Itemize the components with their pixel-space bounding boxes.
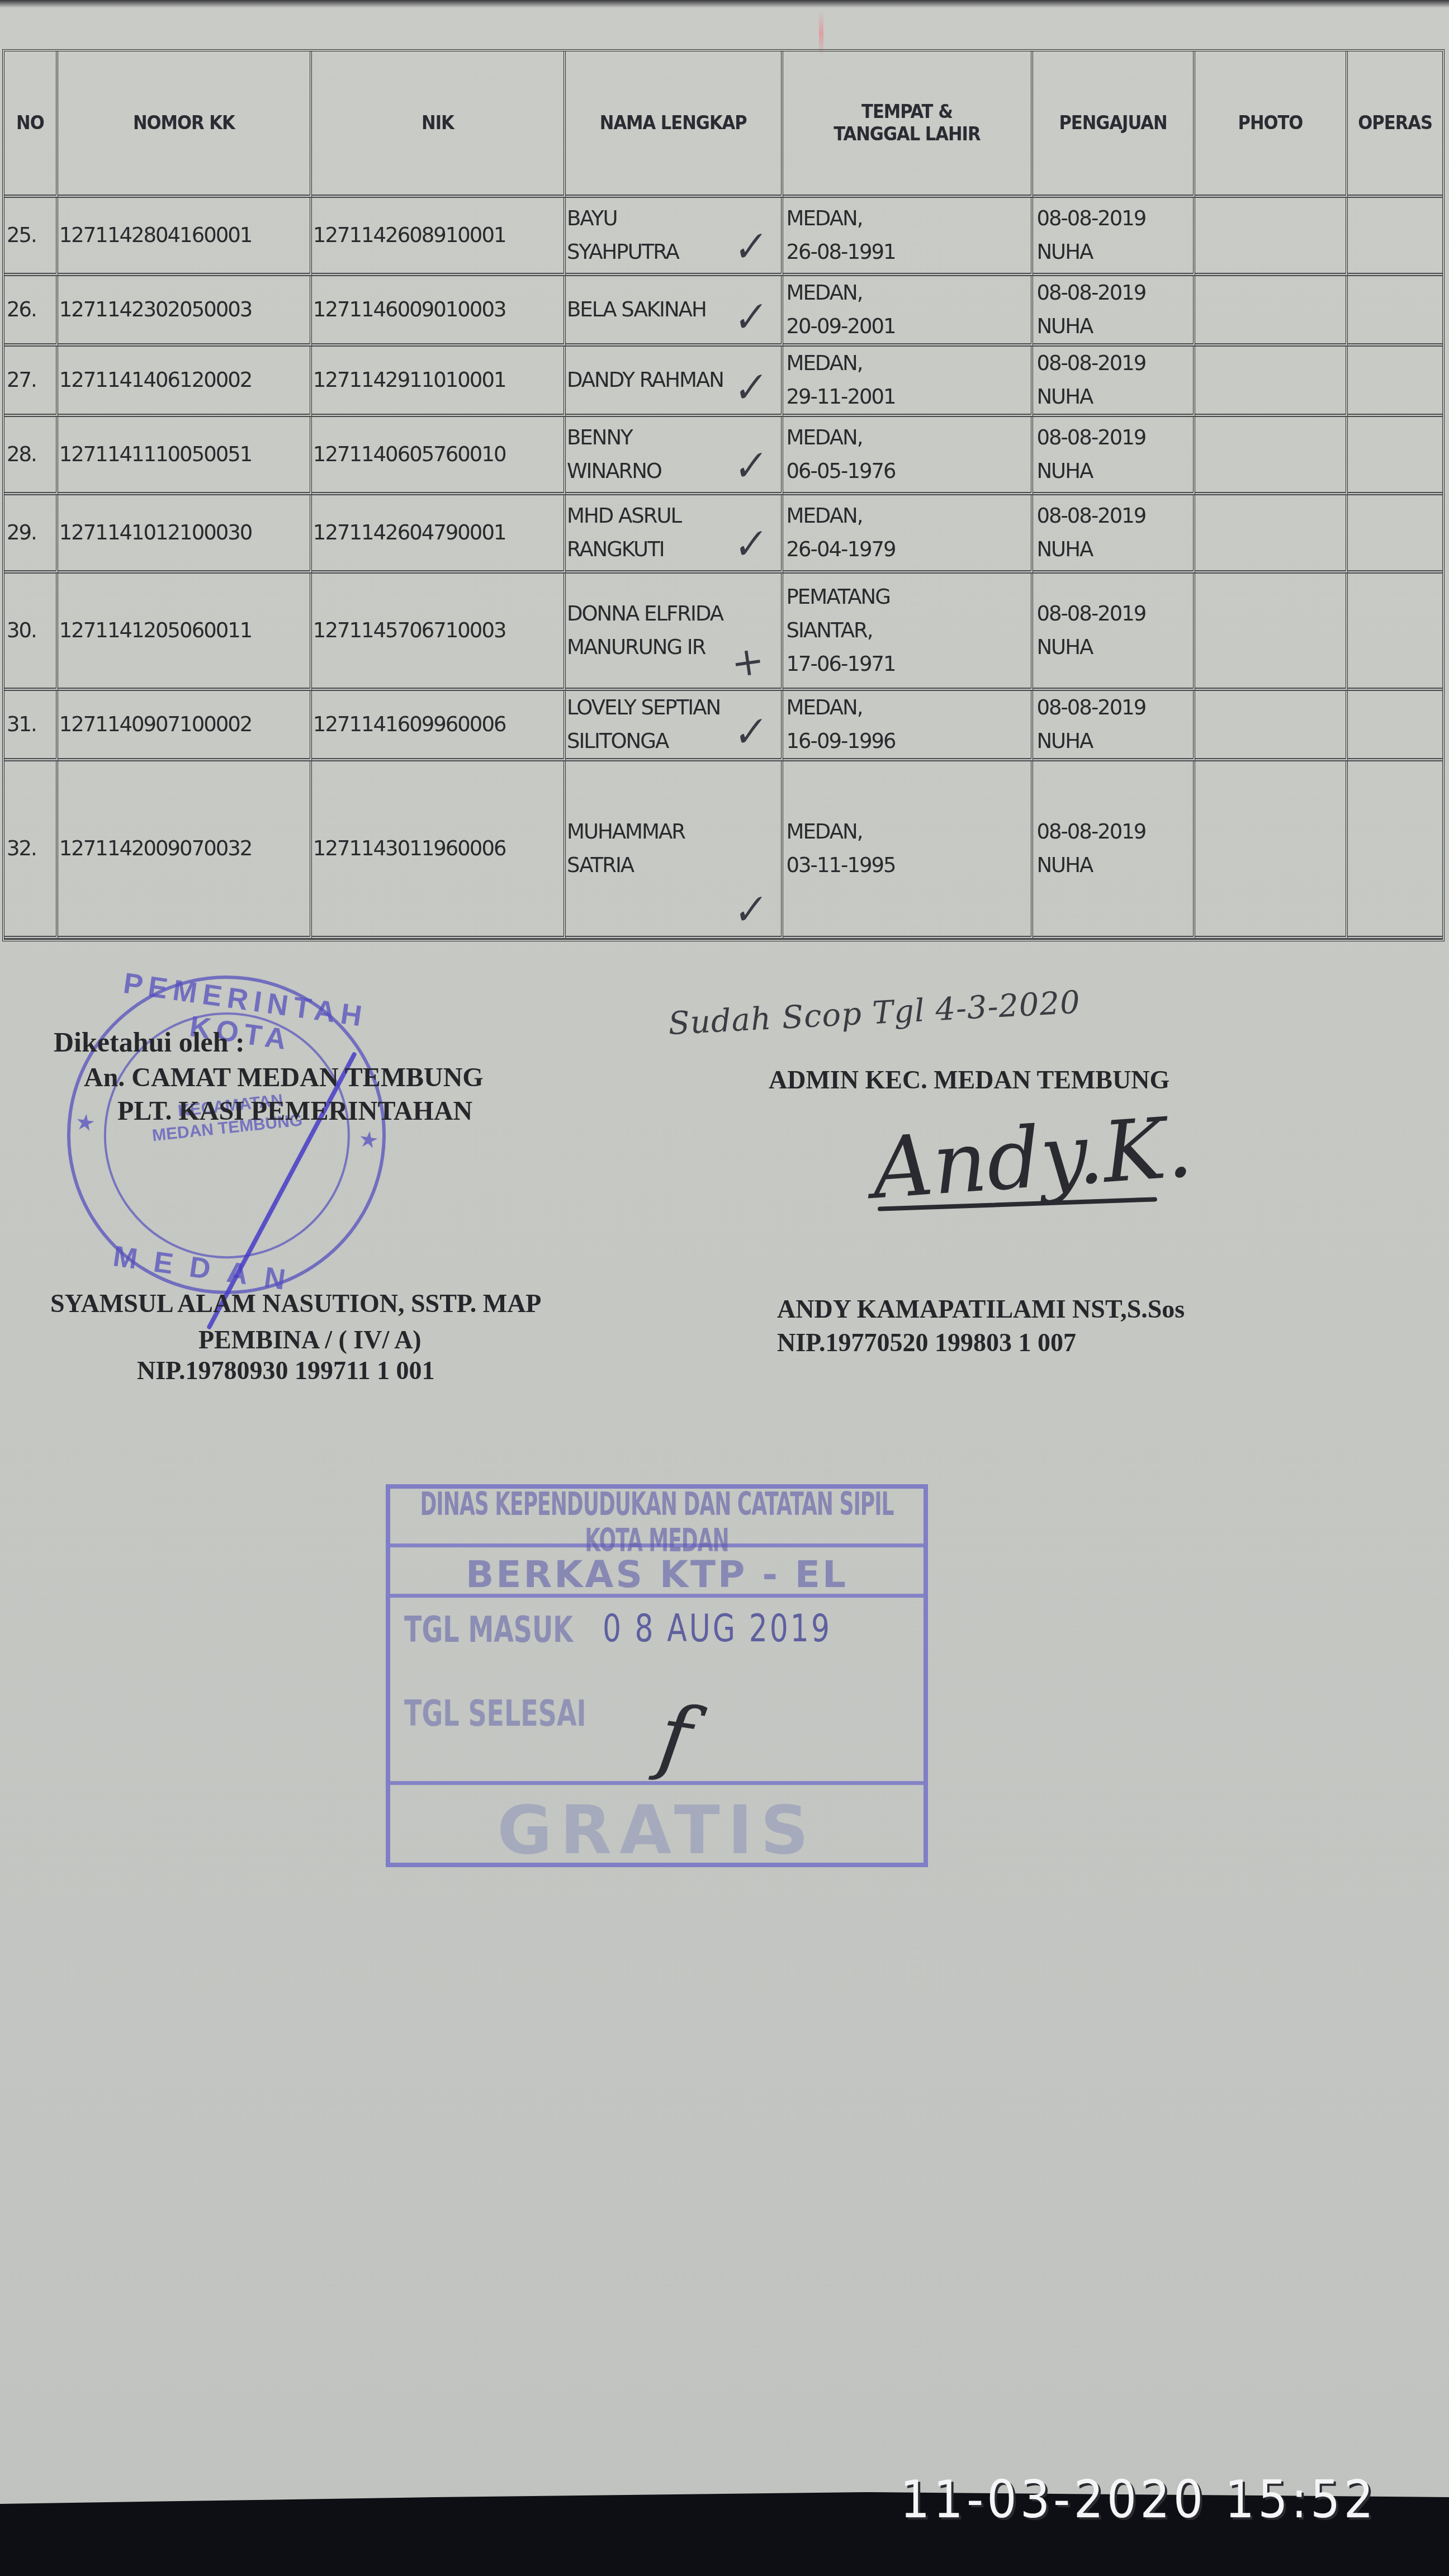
tanggal-lahir: 26-04-1979 [787,537,896,561]
header-pengajuan: PENGAJUAN [1033,51,1195,198]
cell-operasi [1348,691,1442,761]
cell-no: 29. [4,495,58,574]
checkmark-icon: ✓ [729,447,766,485]
stamp-selesai-label: TGL SELESAI [404,1692,586,1735]
left-signatory-rank: PEMBINA / ( IV/ A) [198,1325,422,1355]
nama-line2: SYAHPUTRA [567,240,679,264]
cell-no: 31. [4,691,58,761]
cell-pengajuan: 08-08-2019 NUHA [1033,691,1195,761]
stamp-title: BERKAS KTP - EL [390,1553,924,1596]
known-by-label: Diketahui oleh : [54,1026,245,1058]
nama-line1: LOVELY SEPTIAN [567,695,720,719]
star-icon: ★ [73,1109,97,1137]
cell-no: 32. [4,761,58,939]
cell-nik: 1271143011960006 [312,761,566,939]
cell-operasi [1348,761,1442,939]
pengajuan-tanggal: 08-08-2019 [1036,602,1145,626]
cell-no: 28. [4,417,58,495]
table-row: 26. 1271142302050003 1271146009010003 BE… [4,276,1442,347]
right-signatory-name: ANDY KAMAPATILAMI NST,S.Sos [777,1294,1185,1324]
cell-nama-lengkap: MHD ASRUL RANGKUTI ✓ [566,495,783,574]
checkmark-icon: ✓ [729,299,766,337]
checkmark-icon: ✓ [729,525,766,563]
nama-line2: WINARNO [567,459,661,483]
pengajuan-tanggal: 08-08-2019 [1036,695,1145,719]
pengajuan-oleh: NUHA [1036,537,1092,561]
cell-photo [1195,417,1348,495]
cell-pengajuan: 08-08-2019 NUHA [1033,761,1195,939]
header-nomor-kk: NOMOR KK [58,51,312,198]
round-official-stamp: PEMERINTAH KOTA MEDAN KECAMATAN MEDAN TE… [46,955,406,1315]
checkmark-icon: ✓ [729,369,766,407]
cell-pengajuan: 08-08-2019 NUHA [1033,574,1195,691]
nama-line2: SILITONGA [567,729,668,753]
ktp-register-table: NO NOMOR KK NIK NAMA LENGKAP TEMPAT & TA… [2,49,1445,941]
tanggal-lahir: 16-09-1996 [787,729,896,753]
cell-pengajuan: 08-08-2019 NUHA [1033,198,1195,276]
pengajuan-tanggal: 08-08-2019 [1036,206,1145,230]
nama-line1: BELA SAKINAH [567,297,706,321]
cell-nik: 1271142911010001 [312,347,566,417]
left-signatory-position: PLT. KASI PEMERINTAHAN [117,1096,472,1126]
checkmark-icon: ✓ [729,228,766,266]
cell-nomor-kk: 1271141012100030 [58,495,312,574]
cell-photo [1195,198,1348,276]
tempat-lahir: MEDAN, [787,820,863,844]
tempat-lahir: MEDAN, [787,425,863,449]
cell-nomor-kk: 1271142009070032 [58,761,312,939]
cell-operasi [1348,198,1442,276]
tempat-lahir: MEDAN, [787,206,863,230]
header-ttl-line2: TANGGAL LAHIR [834,123,980,145]
cell-operasi [1348,417,1442,495]
cell-nomor-kk: 1271141110050051 [58,417,312,495]
table-row: 30. 1271141205060011 1271145706710003 DO… [4,574,1442,691]
pengajuan-oleh: NUHA [1036,385,1092,409]
cell-operasi [1348,347,1442,417]
tanggal-lahir: 20-09-2001 [787,314,896,338]
cell-tempat-tanggal-lahir: MEDAN, 26-04-1979 [783,495,1034,574]
cell-no: 25. [4,198,58,276]
pengajuan-tanggal: 08-08-2019 [1036,425,1145,449]
cell-tempat-tanggal-lahir: MEDAN, 20-09-2001 [783,276,1034,347]
cell-photo [1195,276,1348,347]
pengajuan-oleh: NUHA [1036,240,1092,264]
cell-nik: 1271142608910001 [312,198,566,276]
cell-photo [1195,691,1348,761]
cell-tempat-tanggal-lahir: MEDAN, 16-09-1996 [783,691,1034,761]
cell-tempat-tanggal-lahir: PEMATANG SIANTAR, 17-06-1971 [783,574,1034,691]
cell-photo [1195,495,1348,574]
cell-nomor-kk: 1271140907100002 [58,691,312,761]
header-ttl-line1: TEMPAT & [861,101,953,123]
table-row: 25. 1271142804160001 1271142608910001 BA… [4,198,1442,276]
cell-nik: 1271142604790001 [312,495,566,574]
header-nik: NIK [312,51,566,198]
right-signatory-title: ADMIN KEC. MEDAN TEMBUNG [769,1065,1169,1095]
pengajuan-oleh: NUHA [1036,729,1092,753]
table-row: 31. 1271140907100002 1271141609960006 LO… [4,691,1442,761]
cell-photo [1195,761,1348,939]
cell-nik: 1271141609960006 [312,691,566,761]
cell-nomor-kk: 1271142302050003 [58,276,312,347]
nama-line2: SATRIA [567,853,633,877]
pengajuan-tanggal: 08-08-2019 [1036,504,1145,528]
cell-nama-lengkap: DANDY RAHMAN ✓ [566,347,783,417]
cell-photo [1195,347,1348,417]
table-header-row: NO NOMOR KK NIK NAMA LENGKAP TEMPAT & TA… [4,51,1442,198]
right-signatory-nip: NIP.19770520 199803 1 007 [777,1328,1076,1357]
header-nama-lengkap: NAMA LENGKAP [566,51,783,198]
stamp-row-department: DINAS KEPENDUDUKAN DAN CATATAN SIPIL KOT… [390,1489,924,1547]
pengajuan-oleh: NUHA [1036,853,1092,877]
pengajuan-tanggal: 08-08-2019 [1036,281,1145,305]
nama-line1: BENNY [567,425,632,449]
header-operasi: OPERAS [1348,51,1442,198]
cell-photo [1195,574,1348,691]
cell-nama-lengkap: BENNY WINARNO ✓ [566,417,783,495]
cell-pengajuan: 08-08-2019 NUHA [1033,347,1195,417]
cell-pengajuan: 08-08-2019 NUHA [1033,417,1195,495]
nama-line1: DANDY RAHMAN [567,368,723,392]
cell-nomor-kk: 1271141205060011 [58,574,312,691]
cell-nomor-kk: 1271142804160001 [58,198,312,276]
nama-line1: DONNA ELFRIDA [567,602,723,626]
checkmark-icon: ✓ [729,713,766,751]
cell-no: 27. [4,347,58,417]
checkmark-icon: ✓ [729,891,766,929]
header-tempat-tanggal-lahir: TEMPAT & TANGGAL LAHIR [783,51,1034,198]
stamp-row-footer: GRATIS [390,1785,924,1866]
cell-operasi [1348,495,1442,574]
stamp-masuk-date: 0 8 AUG 2019 [603,1607,832,1651]
tempat-lahir: MEDAN, [787,504,863,528]
tempat-lahir: MEDAN, [787,281,863,305]
tanggal-lahir: 17-06-1971 [787,652,896,676]
cell-pengajuan: 08-08-2019 NUHA [1033,276,1195,347]
cell-nik: 1271145706710003 [312,574,566,691]
cell-operasi [1348,276,1442,347]
tempat-lahir: MEDAN, [787,351,863,375]
cell-nama-lengkap: MUHAMMAR SATRIA ✓ [566,761,783,939]
pengajuan-oleh: NUHA [1036,635,1092,659]
tempat-lahir: PEMATANG [787,585,890,609]
header-no: NO [4,51,58,198]
tempat-lahir: MEDAN, [787,695,863,719]
photo-top-edge [0,0,1449,8]
cell-tempat-tanggal-lahir: MEDAN, 26-08-1991 [783,198,1034,276]
tanggal-lahir: 26-08-1991 [787,240,896,264]
cell-nik: 1271146009010003 [312,276,566,347]
nama-line2: MANURUNG IR [567,635,705,659]
handwritten-note: Sudah Scop Tgl 4-3-2020 [667,984,1082,1043]
table-row: 28. 1271141110050051 1271140605760010 BE… [4,417,1442,495]
tanggal-lahir: 29-11-2001 [787,385,896,409]
table-row: 32. 1271142009070032 1271143011960006 MU… [4,761,1442,939]
cell-nama-lengkap: LOVELY SEPTIAN SILITONGA ✓ [566,691,783,761]
left-signatory-office: An. CAMAT MEDAN TEMBUNG [84,1062,484,1093]
nama-line1: BAYU [567,206,617,230]
cell-nama-lengkap: BELA SAKINAH ✓ [566,276,783,347]
cell-nik: 1271140605760010 [312,417,566,495]
nama-line2: RANGKUTI [567,537,664,561]
cell-nama-lengkap: BAYU SYAHPUTRA ✓ [566,198,783,276]
tempat-lahir-2: SIANTAR, [787,618,873,642]
cell-tempat-tanggal-lahir: MEDAN, 03-11-1995 [783,761,1034,939]
cell-pengajuan: 08-08-2019 NUHA [1033,495,1195,574]
cell-no: 26. [4,276,58,347]
cell-nomor-kk: 1271141406120002 [58,347,312,417]
photo-timestamp: 11-03-2020 15:52 [900,2469,1377,2530]
pengajuan-oleh: NUHA [1036,459,1092,483]
nama-line1: MUHAMMAR [567,820,685,844]
ktp-el-receipt-stamp: DINAS KEPENDUDUKAN DAN CATATAN SIPIL KOT… [386,1484,928,1867]
pengajuan-oleh: NUHA [1036,314,1092,338]
star-icon: ★ [357,1126,380,1154]
pengajuan-tanggal: 08-08-2019 [1036,820,1145,844]
nama-line1: MHD ASRUL [567,504,681,528]
stamp-masuk-label: TGL MASUK [404,1608,573,1651]
header-photo: PHOTO [1195,51,1348,198]
cell-no: 30. [4,574,58,691]
tanggal-lahir: 06-05-1976 [787,459,896,483]
cell-operasi [1348,574,1442,691]
tanggal-lahir: 03-11-1995 [787,853,896,877]
table-row: 27. 1271141406120002 1271142911010001 DA… [4,347,1442,417]
cell-tempat-tanggal-lahir: MEDAN, 29-11-2001 [783,347,1034,417]
checkmark-icon: + [729,643,766,681]
left-signatory-name: SYAMSUL ALAM NASUTION, SSTP. MAP [50,1289,541,1318]
pengajuan-tanggal: 08-08-2019 [1036,351,1145,375]
stamp-gratis: GRATIS [390,1792,924,1869]
stamp-row-title: BERKAS KTP - EL [390,1547,924,1598]
cell-nama-lengkap: DONNA ELFRIDA MANURUNG IR + [566,574,783,691]
cell-tempat-tanggal-lahir: MEDAN, 06-05-1976 [783,417,1034,495]
left-signatory-nip: NIP.19780930 199711 1 001 [137,1356,434,1385]
table-row: 29. 1271141012100030 1271142604790001 MH… [4,495,1442,574]
